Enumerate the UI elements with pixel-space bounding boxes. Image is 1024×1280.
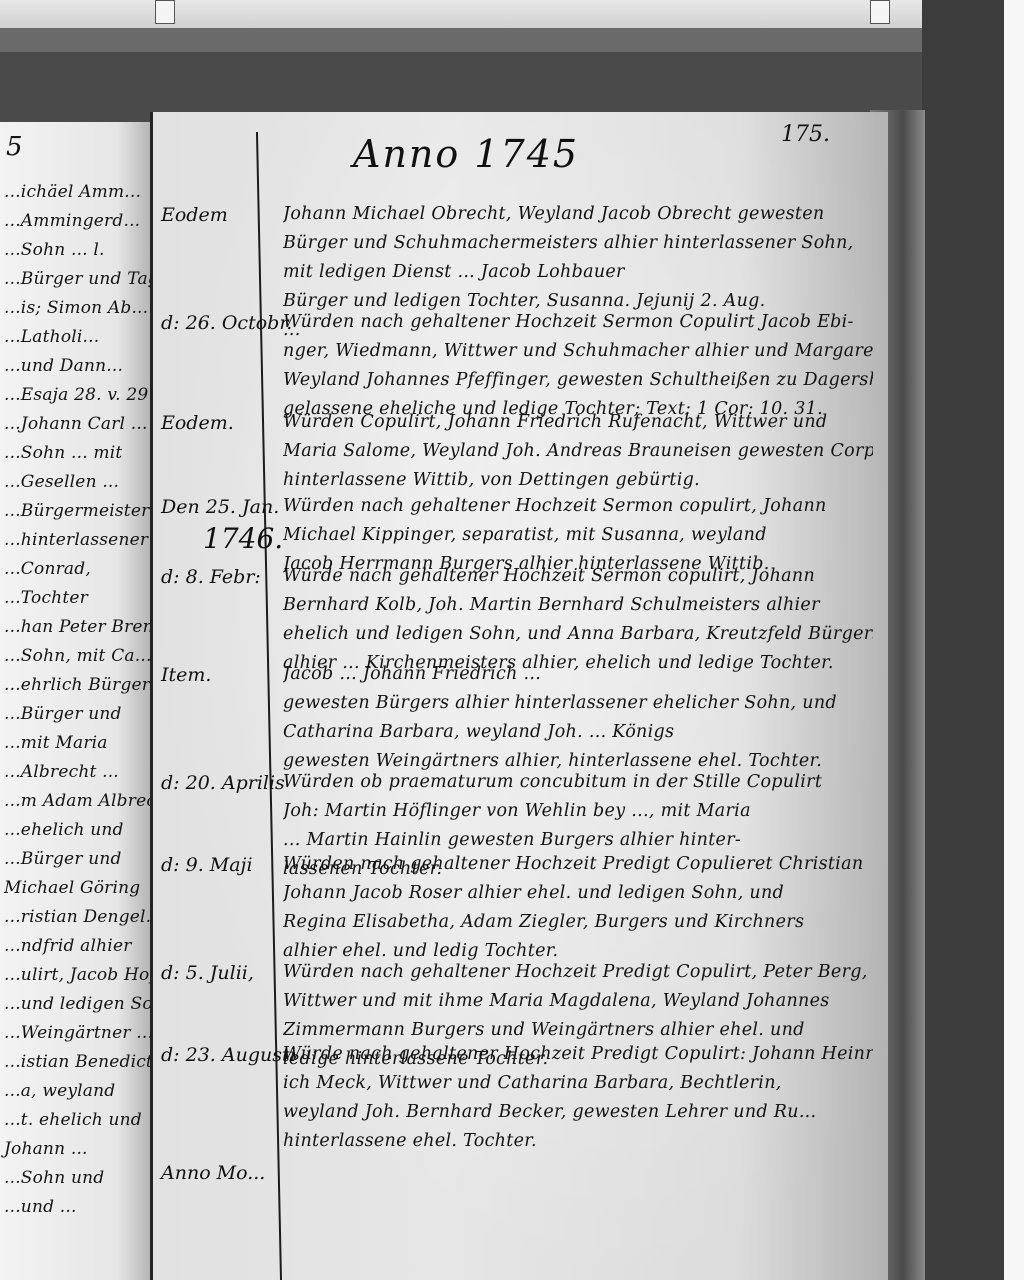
entry-margin-date: Eodem. [161,412,234,434]
entry-line: hinterlassene ehel. Tochter. [283,1127,873,1156]
film-right-edge [1004,0,1024,1280]
page-number: 175. [781,122,830,147]
left-page-fragment: 5 ...ichäel Amm......Ammingerd......Sohn… [0,122,168,1280]
entry-margin-date: d: 20. Aprilis [161,772,285,794]
margin-rule [256,132,282,1280]
left-page-line: ...Bürger und [4,849,122,869]
page-header: Anno 1745 [353,132,579,176]
left-page-line: ...ndfrid alhier [4,936,132,956]
left-page-line: ...und ... [4,1197,77,1217]
entry-margin-date: d: 26. Octobr. [161,312,292,334]
left-page-line: ...Bürgermeister ... [4,501,172,521]
entry-line: Johann Michael Obrecht, Weyland Jacob Ob… [283,200,873,229]
left-page-line: ...is; Simon Ab... [4,298,148,318]
entry-line: Würden nach gehaltener Hochzeit Sermon C… [283,308,873,337]
left-page-line: ...a, weyland [4,1081,115,1101]
register-entry: Würden nach gehaltener Hochzeit Sermon C… [283,308,873,424]
entry-line: nger, Wiedmann, Wittwer und Schuhmacher … [283,337,873,366]
left-page-line: ...istian Benedict [4,1052,153,1072]
entry-margin-date: Eodem [161,204,228,226]
left-page-line: ...Gesellen ... [4,472,119,492]
entry-margin-date: d: 23. Augusti [161,1044,296,1066]
entry-line: ich Meck, Wittwer und Catharina Barbara,… [283,1069,873,1098]
right-page: Anno 1745 175. EodemJohann Michael Obrec… [150,112,888,1280]
left-page-line: ...Sohn, mit Ca... [4,646,152,666]
entry-line: Joh: Martin Höflinger von Wehlin bey ...… [283,797,873,826]
entry-margin-date: d: 9. Maji [161,854,253,876]
entry-line: Johann Jacob Roser alhier ehel. und ledi… [283,879,873,908]
film-top-strip [0,0,1024,30]
film-band [0,28,1024,54]
entry-line: Würden ob praematurum concubitum in der … [283,768,873,797]
entry-margin-date: d: 5. Julii, [161,962,254,984]
left-page-line: ...ulirt, Jacob Hofer [4,965,175,985]
entry-line: Würden nach gehaltener Hochzeit Predigt … [283,850,873,879]
left-page-line: ...Tochter [4,588,88,608]
entry-line: weyland Joh. Bernhard Becker, gewesten L… [283,1098,873,1127]
entry-margin-year: 1746. [203,522,283,555]
entry-margin-date: d: 8. Febr: [161,566,261,588]
left-page-line: ...Bürger und [4,704,122,724]
left-page-line: ...ichäel Amm... [4,182,141,202]
entry-line: Regina Elisabetha, Adam Ziegler, Burgers… [283,908,873,937]
left-page-line: ...ehelich und [4,820,124,840]
film-tab [870,0,890,24]
entry-line: Maria Salome, Weyland Joh. Andreas Braun… [283,437,873,466]
left-page-line: ...Conrad, [4,559,91,579]
left-page-line: ...Johann Carl ... [4,414,148,434]
left-page-line: ...Ammingerd... [4,211,140,231]
entry-line: gewesten Bürgers alhier hinterlassener e… [283,689,873,718]
left-page-line: Johann ... [4,1139,88,1159]
entry-line: Michael Kippinger, separatist, mit Susan… [283,521,873,550]
entry-line: Catharina Barbara, weyland Joh. ... Köni… [283,718,873,747]
entry-line: hinterlassene Wittib, von Dettingen gebü… [283,466,873,495]
left-page-line: ...t. ehelich und [4,1110,142,1130]
left-page-line: ...m Adam Albrecht [4,791,174,811]
entry-margin-date: Anno Mo... [161,1162,265,1184]
left-page-line: ...Sohn ... mit [4,443,122,463]
entry-line: Jacob ... Johann Friedrich ... [283,660,873,689]
entry-line: Weyland Johannes Pfeffinger, gewesten Sc… [283,366,873,395]
left-page-line: ...Latholi... [4,327,99,347]
left-page-line: ...Esaja 28. v. 29. [4,385,154,405]
left-page-line: Michael Göring [4,878,140,898]
left-page-line: ...mit Maria [4,733,108,753]
film-tab [155,0,175,24]
entry-line: Würde nach gehaltener Hochzeit Sermon co… [283,562,873,591]
register-entry: Würden Copulirt, Johann Friedrich Rufena… [283,408,873,495]
entry-margin-date: Den 25. Jan. [161,496,279,518]
entry-line: Bernhard Kolb, Joh. Martin Bernhard Schu… [283,591,873,620]
film-right-frame [922,0,1004,1280]
register-entry: Jacob ... Johann Friedrich ...gewesten B… [283,660,873,776]
register-entry: Würden nach gehaltener Hochzeit Predigt … [283,850,873,966]
entry-line: ehelich und ledigen Sohn, und Anna Barba… [283,620,873,649]
left-page-line: ...Sohn und [4,1168,104,1188]
left-page-line: ...Sohn ... l. [4,240,105,260]
left-page-line: ...Albrecht ... [4,762,119,782]
entry-line: Würde nach gehaltener Hochzeit Predigt C… [283,1040,873,1069]
left-page-line: ...Weingärtner ... [4,1023,153,1043]
register-entry: Würde nach gehaltener Hochzeit Predigt C… [283,1040,873,1156]
entry-line: Würden nach gehaltener Hochzeit Predigt … [283,958,873,987]
entry-line: Bürger und Schuhmachermeisters alhier hi… [283,229,873,258]
entry-line: Wittwer und mit ihme Maria Magdalena, We… [283,987,873,1016]
entry-margin-date: Item. [161,664,211,686]
left-page-line: ...ehrlich Bürger... [4,675,165,695]
left-page-line: ...ristian Dengel... [4,907,163,927]
left-page-line: ...und Dann... [4,356,123,376]
entry-line: Würden nach gehaltener Hochzeit Sermon c… [283,492,873,521]
entry-line: mit ledigen Dienst ... Jacob Lohbauer [283,258,873,287]
left-page-number: 5 [6,132,23,162]
entry-line: Würden Copulirt, Johann Friedrich Rufena… [283,408,873,437]
